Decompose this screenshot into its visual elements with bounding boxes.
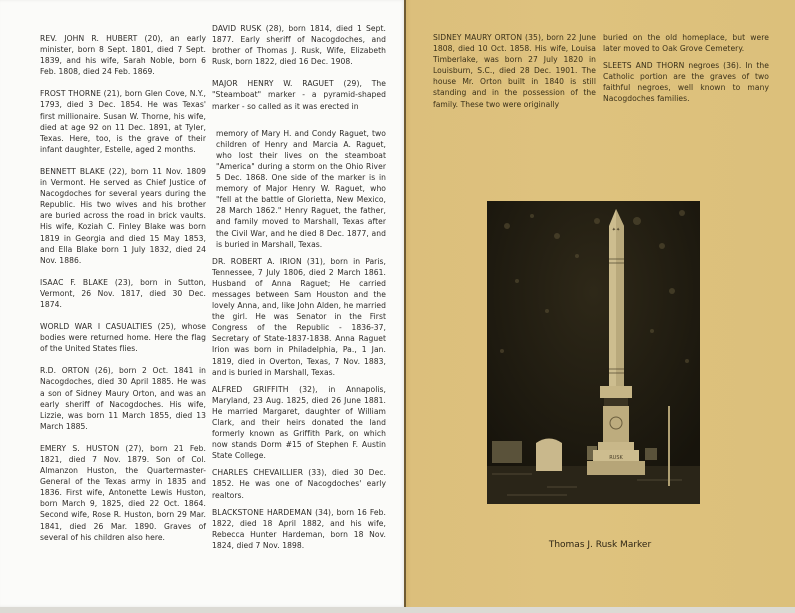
- entry-text: born 11 Nov. 1809 in Vermont. He served …: [40, 167, 206, 265]
- entry-heading: DAVID RUSK (28),: [212, 24, 284, 33]
- entry-text: born Glen Cove, N.Y., 1793, died 3 Dec. …: [40, 89, 206, 153]
- entry-sleets-thorn: SLEETS AND THORN negroes (36). In the Ca…: [603, 60, 769, 104]
- entry-text: born in Paris, Tennessee, 7 July 1806, d…: [212, 257, 386, 377]
- book-spine: [404, 0, 406, 607]
- entry-isaac-blake: ISAAC F. BLAKE (23), born in Sutton, Ver…: [40, 277, 206, 310]
- entry-text: born 22 June 1808, died 10 Oct. 1858. Hi…: [433, 33, 596, 109]
- entry-heading: FROST THORNE (21),: [40, 89, 122, 98]
- entry-heading: SLEETS AND THORN: [603, 61, 684, 70]
- entry-heading: WORLD WAR I CASUALTIES (25),: [40, 322, 176, 331]
- entry-irion: DR. ROBERT A. IRION (31), born in Paris,…: [212, 256, 386, 378]
- entry-heading: MAJOR HENRY W. RAGUET (29),: [212, 79, 362, 88]
- entry-rd-orton: R.D. ORTON (26), born 2 Oct. 1841 in Nac…: [40, 365, 206, 432]
- entry-heading: BLACKSTONE HARDEMAN (34),: [212, 508, 334, 517]
- entry-heading: EMERY S. HUSTON (27),: [40, 444, 144, 453]
- entry-text: in Annapolis, Maryland, 23 Aug. 1825, di…: [212, 385, 386, 461]
- entry-raguet-continued: memory of Mary H. and Condy Raguet, two …: [212, 128, 386, 250]
- entry-raguet: MAJOR HENRY W. RAGUET (29), The "Steambo…: [212, 78, 386, 111]
- photo-caption: Thomas J. Rusk Marker: [420, 540, 780, 550]
- page-bottom-edge: [0, 607, 795, 613]
- marker-inscription: RUSK: [609, 455, 623, 461]
- entry-heading: BENNETT BLAKE (22),: [40, 167, 127, 176]
- right-page-column-1: SIDNEY MAURY ORTON (35), born 22 June 18…: [433, 32, 596, 121]
- entry-david-rusk: DAVID RUSK (28), born 1814, died 1 Sept.…: [212, 23, 386, 67]
- right-page-column-2: buried on the old homeplace, but were la…: [603, 32, 769, 111]
- entry-sidney-orton-continued: buried on the old homeplace, but were la…: [603, 32, 769, 54]
- left-page-column-2: DAVID RUSK (28), born 1814, died 1 Sept.…: [212, 23, 386, 557]
- entry-ww1-casualties: WORLD WAR I CASUALTIES (25), whose bodie…: [40, 321, 206, 354]
- obelisk-photo-illustration: ✦✦ RUSK: [487, 201, 700, 504]
- entry-bennett-blake: BENNETT BLAKE (22), born 11 Nov. 1809 in…: [40, 166, 206, 266]
- entry-heading: R.D. ORTON (26),: [40, 366, 113, 375]
- entry-text: born 21 Feb. 1821, died 7 Nov. 1879. Son…: [40, 444, 206, 542]
- entry-heading: SIDNEY MAURY ORTON (35),: [433, 33, 544, 42]
- entry-text: born 2 Oct. 1841 in Nacogdoches, died 30…: [40, 366, 206, 430]
- entry-griffith: ALFRED GRIFFITH (32), in Annapolis, Mary…: [212, 384, 386, 462]
- rusk-marker-photo: ✦✦ RUSK: [487, 201, 700, 504]
- entry-sidney-orton: SIDNEY MAURY ORTON (35), born 22 June 18…: [433, 32, 596, 110]
- entry-heading: CHARLES CHEVAILLIER (33),: [212, 468, 327, 477]
- entry-thorne: FROST THORNE (21), born Glen Cove, N.Y.,…: [40, 88, 206, 155]
- entry-text: memory of Mary H. and Condy Raguet, two …: [216, 129, 386, 249]
- entry-text: buried on the old homeplace, but were la…: [603, 33, 769, 53]
- entry-heading: REV. JOHN R. HUBERT (20),: [40, 34, 163, 43]
- entry-emery-huston: EMERY S. HUSTON (27), born 21 Feb. 1821,…: [40, 443, 206, 543]
- entry-hardeman: BLACKSTONE HARDEMAN (34), born 16 Feb. 1…: [212, 507, 386, 551]
- entry-heading: ISAAC F. BLAKE (23),: [40, 278, 133, 287]
- left-page-column-1: REV. JOHN R. HUBERT (20), an early minis…: [40, 33, 206, 554]
- entry-chevaillier: CHARLES CHEVAILLIER (33), died 30 Dec. 1…: [212, 467, 386, 500]
- entry-heading: ALFRED GRIFFITH (32),: [212, 385, 318, 394]
- entry-heading: DR. ROBERT A. IRION (31),: [212, 257, 325, 266]
- svg-text:✦✦: ✦✦: [612, 227, 620, 233]
- entry-hubert: REV. JOHN R. HUBERT (20), an early minis…: [40, 33, 206, 77]
